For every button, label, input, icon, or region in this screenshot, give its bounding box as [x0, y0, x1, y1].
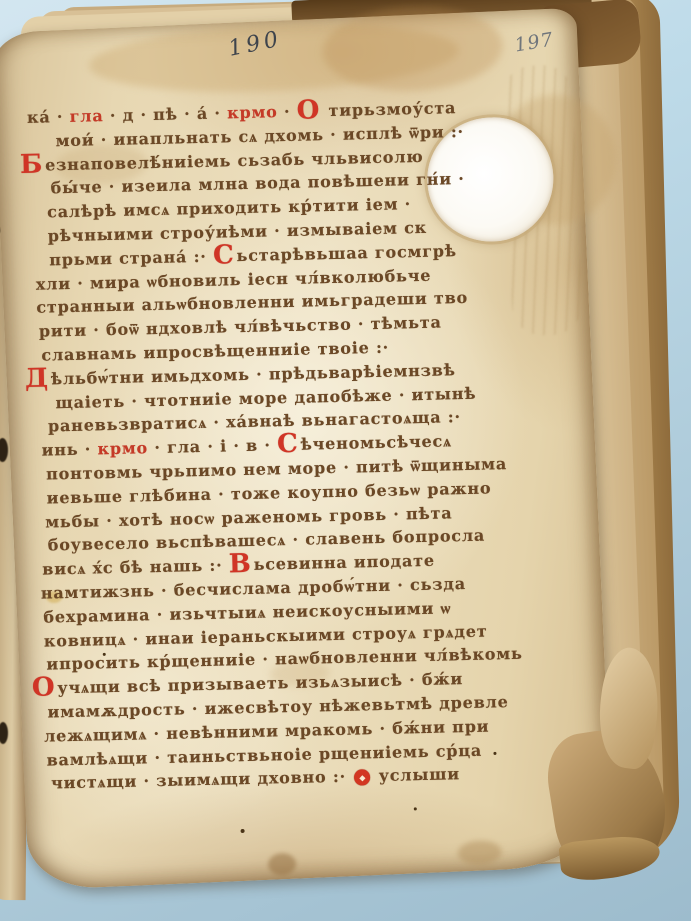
- text-segment: гла: [69, 106, 103, 126]
- text-segment: прьми страна́ :·: [49, 246, 213, 269]
- text-segment: ка́ ·: [27, 107, 70, 127]
- text-segment: ѣченомьсѣчесѧ: [300, 431, 452, 453]
- ink-speck: [414, 807, 417, 810]
- text-segment: ьсевинна иподате: [253, 551, 435, 574]
- manuscript-text: ка́ · гла · д · пѣ · а́ · крмо · О тирьз…: [19, 95, 535, 796]
- manuscript-page: 190 197 ка́ · гла · д · пѣ · а́ · крмо ·…: [0, 8, 613, 891]
- text-segment: ьстарѣвьшаа госмгрѣ: [236, 241, 457, 265]
- text-segment: крмо: [97, 438, 148, 458]
- initial-letter: Д: [25, 363, 50, 394]
- text-segment: · гла · і · в ·: [148, 435, 277, 457]
- initial-letter: О: [296, 95, 320, 126]
- initial-letter: Б: [20, 149, 44, 180]
- text-segment: тирьзмоу́ста: [322, 98, 456, 120]
- text-segment: крмо: [227, 102, 278, 122]
- text-segment: · д · пѣ · а́ ·: [103, 103, 227, 125]
- initial-letter: В: [228, 549, 251, 580]
- text-segment: ·: [277, 102, 297, 121]
- ink-speck: [241, 829, 245, 833]
- text-segment: чистѧщи · зыимѧщи дховно :·: [51, 767, 353, 793]
- initial-letter: С: [213, 240, 235, 270]
- parchment-stain: [457, 840, 502, 866]
- text-segment: висѧ х́с бѣ нашь :·: [42, 556, 229, 579]
- initial-letter: С: [277, 429, 299, 459]
- folio-number-pencil: 197: [513, 28, 555, 56]
- ornament-disc-icon: ◆: [354, 770, 370, 786]
- text-segment: услыши: [372, 765, 460, 786]
- manuscript-photo: 190 197 ка́ · гла · д · пѣ · а́ · крмо ·…: [0, 0, 691, 921]
- parchment-stain: [268, 853, 297, 876]
- text-segment: инь ·: [41, 440, 97, 460]
- initial-letter: О: [32, 672, 56, 703]
